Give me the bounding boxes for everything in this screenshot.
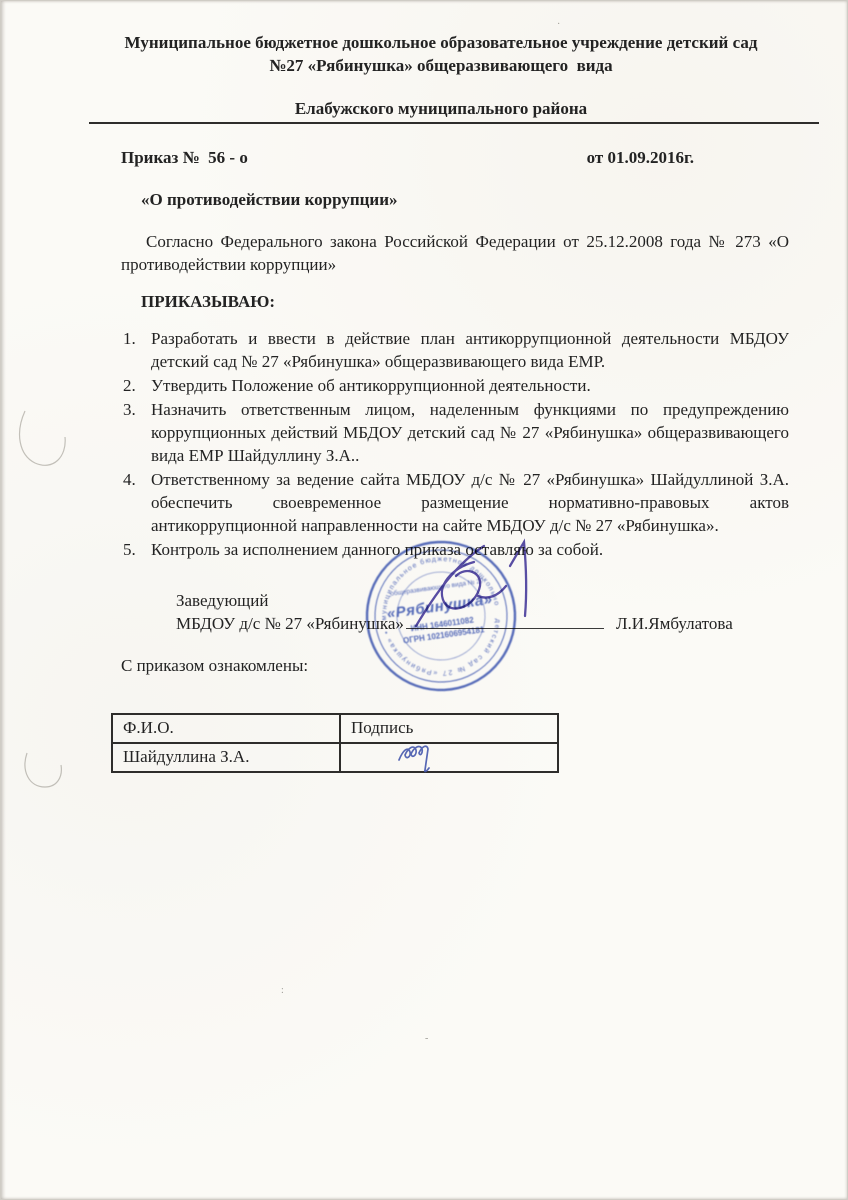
order-date: от 01.09.2016г. — [587, 146, 694, 169]
signatory-name: Л.И.Ямбулатова — [616, 612, 733, 635]
table-header-row: Ф.И.О. Подпись — [112, 714, 558, 743]
table-cell-name: Шайдуллина З.А. — [112, 743, 340, 772]
order-item-3: Назначить ответственным лицом, наделенны… — [151, 398, 789, 467]
order-number: Приказ № 56 - о — [121, 146, 248, 169]
decree-word: ПРИКАЗЫВАЮ: — [141, 290, 789, 313]
punch-hole-shadow-top — [9, 393, 71, 485]
scan-speck: : — [281, 979, 284, 1002]
order-number-row: Приказ № 56 - о от 01.09.2016г. — [121, 146, 789, 169]
order-subject: «О противодействии коррупции» — [141, 188, 789, 211]
document-header: Муниципальное бюджетное дошкольное образ… — [107, 31, 775, 77]
acknowledgement-table: Ф.И.О. Подпись Шайдуллина З.А. — [111, 713, 559, 773]
header-divider — [89, 122, 819, 124]
intro-paragraph: Согласно Федерального закона Российской … — [121, 230, 789, 276]
director-handwritten-signature — [394, 534, 544, 640]
scan-speck: - — [425, 1027, 428, 1050]
handwritten-initials-scribble — [396, 740, 448, 774]
table-row: Шайдуллина З.А. — [112, 743, 558, 772]
punch-hole-shadow-bottom — [15, 743, 67, 803]
header-line1: Муниципальное бюджетное дошкольное образ… — [107, 31, 775, 54]
header-line2: №27 «Рябинушка» общеразвивающего вида — [107, 54, 775, 77]
order-item-2: Утвердить Положение об антикоррупционной… — [151, 374, 789, 397]
table-cell-signature — [340, 743, 558, 772]
order-item-1: Разработать и ввести в действие план ант… — [151, 327, 789, 373]
scan-speck: · — [557, 13, 560, 36]
district-line: Елабужского муниципального района — [107, 97, 775, 120]
scanned-document-page: Муниципальное бюджетное дошкольное образ… — [0, 0, 848, 1200]
table-header-fio: Ф.И.О. — [112, 714, 340, 743]
